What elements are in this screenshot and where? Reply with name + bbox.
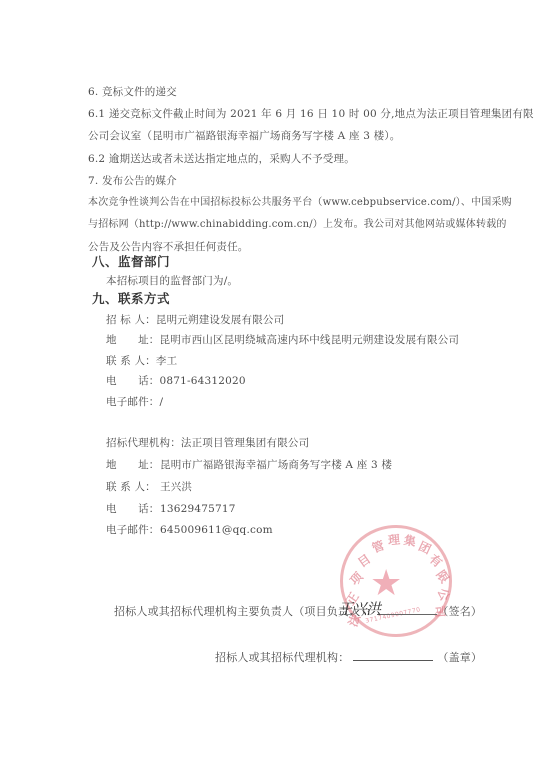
tenderer-contact-label: 联 系 人： — [106, 355, 156, 367]
tenderer-phone-label: 电 话： — [106, 375, 160, 387]
tenderer-email: / — [160, 396, 164, 408]
tenderer-address-label: 地 址： — [106, 334, 160, 346]
agency-email: 645009611@qq.com — [160, 524, 273, 536]
tenderer-contact-row: 联 系 人：李工 — [106, 354, 177, 368]
section-6-1-line2: 公司会议室（昆明市广福路银海幸福广场商务写字楼 A 座 3 楼）。 — [88, 129, 400, 143]
agency-name-row: 招标代理机构：法正项目管理集团有限公司 — [106, 436, 309, 450]
agency-address-label: 地 址： — [106, 458, 160, 472]
agency-email-label: 电子邮件： — [106, 523, 160, 537]
seal-label: 招标人或其招标代理机构： — [215, 651, 349, 664]
section-6-2: 6.2 逾期送达或者未送达指定地点的，采购人不予受理。 — [88, 152, 355, 166]
section-8-title: 八、监督部门 — [92, 255, 170, 269]
section-6-title: 6. 竞标文件的递交 — [88, 85, 177, 99]
agency-phone-row: 电 话：13629475717 — [106, 502, 236, 516]
section-7-title: 7. 发布公告的媒介 — [88, 174, 177, 188]
agency-address-row: 地 址：昆明市广福路银海幸福广场商务写字楼 A 座 3 楼 — [106, 458, 392, 472]
seal-suffix: （盖章） — [437, 651, 482, 664]
tenderer-address-row: 地 址：昆明市西山区昆明绕城高速内环中线昆明元朔建设发展有限公司 — [106, 333, 459, 347]
tenderer-phone: 0871-64312020 — [160, 375, 246, 387]
section-7-line1: 本次竞争性谈判公告在中国招标投标公共服务平台（www.cebpubservice… — [88, 196, 512, 210]
tenderer-email-row: 电子邮件：/ — [106, 395, 163, 409]
agency-email-row: 电子邮件：645009611@qq.com — [106, 523, 273, 537]
tenderer-name-label: 招 标 人： — [106, 314, 156, 326]
tenderer-name-row: 招 标 人：昆明元朔建设发展有限公司 — [106, 313, 284, 327]
agency-contact-label: 联 系 人： — [106, 480, 160, 494]
tenderer-name: 昆明元朔建设发展有限公司 — [156, 314, 284, 326]
agency-address: 昆明市广福路银海幸福广场商务写字楼 A 座 3 楼 — [160, 459, 392, 471]
agency-contact-row: 联 系 人：王兴洪 — [106, 480, 192, 494]
section-8-body: 本招标项目的监督部门为/。 — [106, 274, 238, 288]
signature-blank[interactable] — [377, 604, 437, 615]
seal-text-char: 理 — [387, 531, 400, 549]
signature-suffix: （签名） — [437, 605, 482, 618]
agency-phone-label: 电 话： — [106, 502, 160, 516]
tenderer-contact: 李工 — [156, 355, 177, 367]
seal-blank[interactable] — [353, 650, 433, 661]
agency-name-label: 招标代理机构： — [106, 437, 181, 449]
signature-row: 招标人或其招标代理机构主要负责人（项目负责人）：（签名） — [114, 604, 482, 619]
tenderer-email-label: 电子邮件： — [106, 396, 160, 408]
tenderer-phone-row: 电 话：0871-64312020 — [106, 374, 246, 388]
seal-row: 招标人或其招标代理机构：（盖章） — [215, 650, 482, 665]
agency-name: 法正项目管理集团有限公司 — [181, 437, 309, 449]
section-7-line3: 公告及公告内容不承担任何责任。 — [88, 240, 249, 254]
section-9-title: 九、联系方式 — [92, 292, 170, 306]
seal-star-icon: ★ — [370, 566, 402, 602]
document-page: 6. 竞标文件的递交 6.1 递交竞标文件截止时间为 2021 年 6 月 16… — [0, 0, 554, 778]
agency-contact: 王兴洪 — [160, 481, 192, 493]
handwritten-signature: 王兴洪 — [338, 598, 380, 619]
section-6-1-line1: 6.1 递交竞标文件截止时间为 2021 年 6 月 16 日 10 时 00 … — [88, 107, 534, 121]
section-7-line2: 与招标网（http://www.chinabidding.com.cn/）上发布… — [88, 218, 507, 232]
agency-phone: 13629475717 — [160, 503, 236, 515]
tenderer-address: 昆明市西山区昆明绕城高速内环中线昆明元朔建设发展有限公司 — [160, 334, 460, 346]
